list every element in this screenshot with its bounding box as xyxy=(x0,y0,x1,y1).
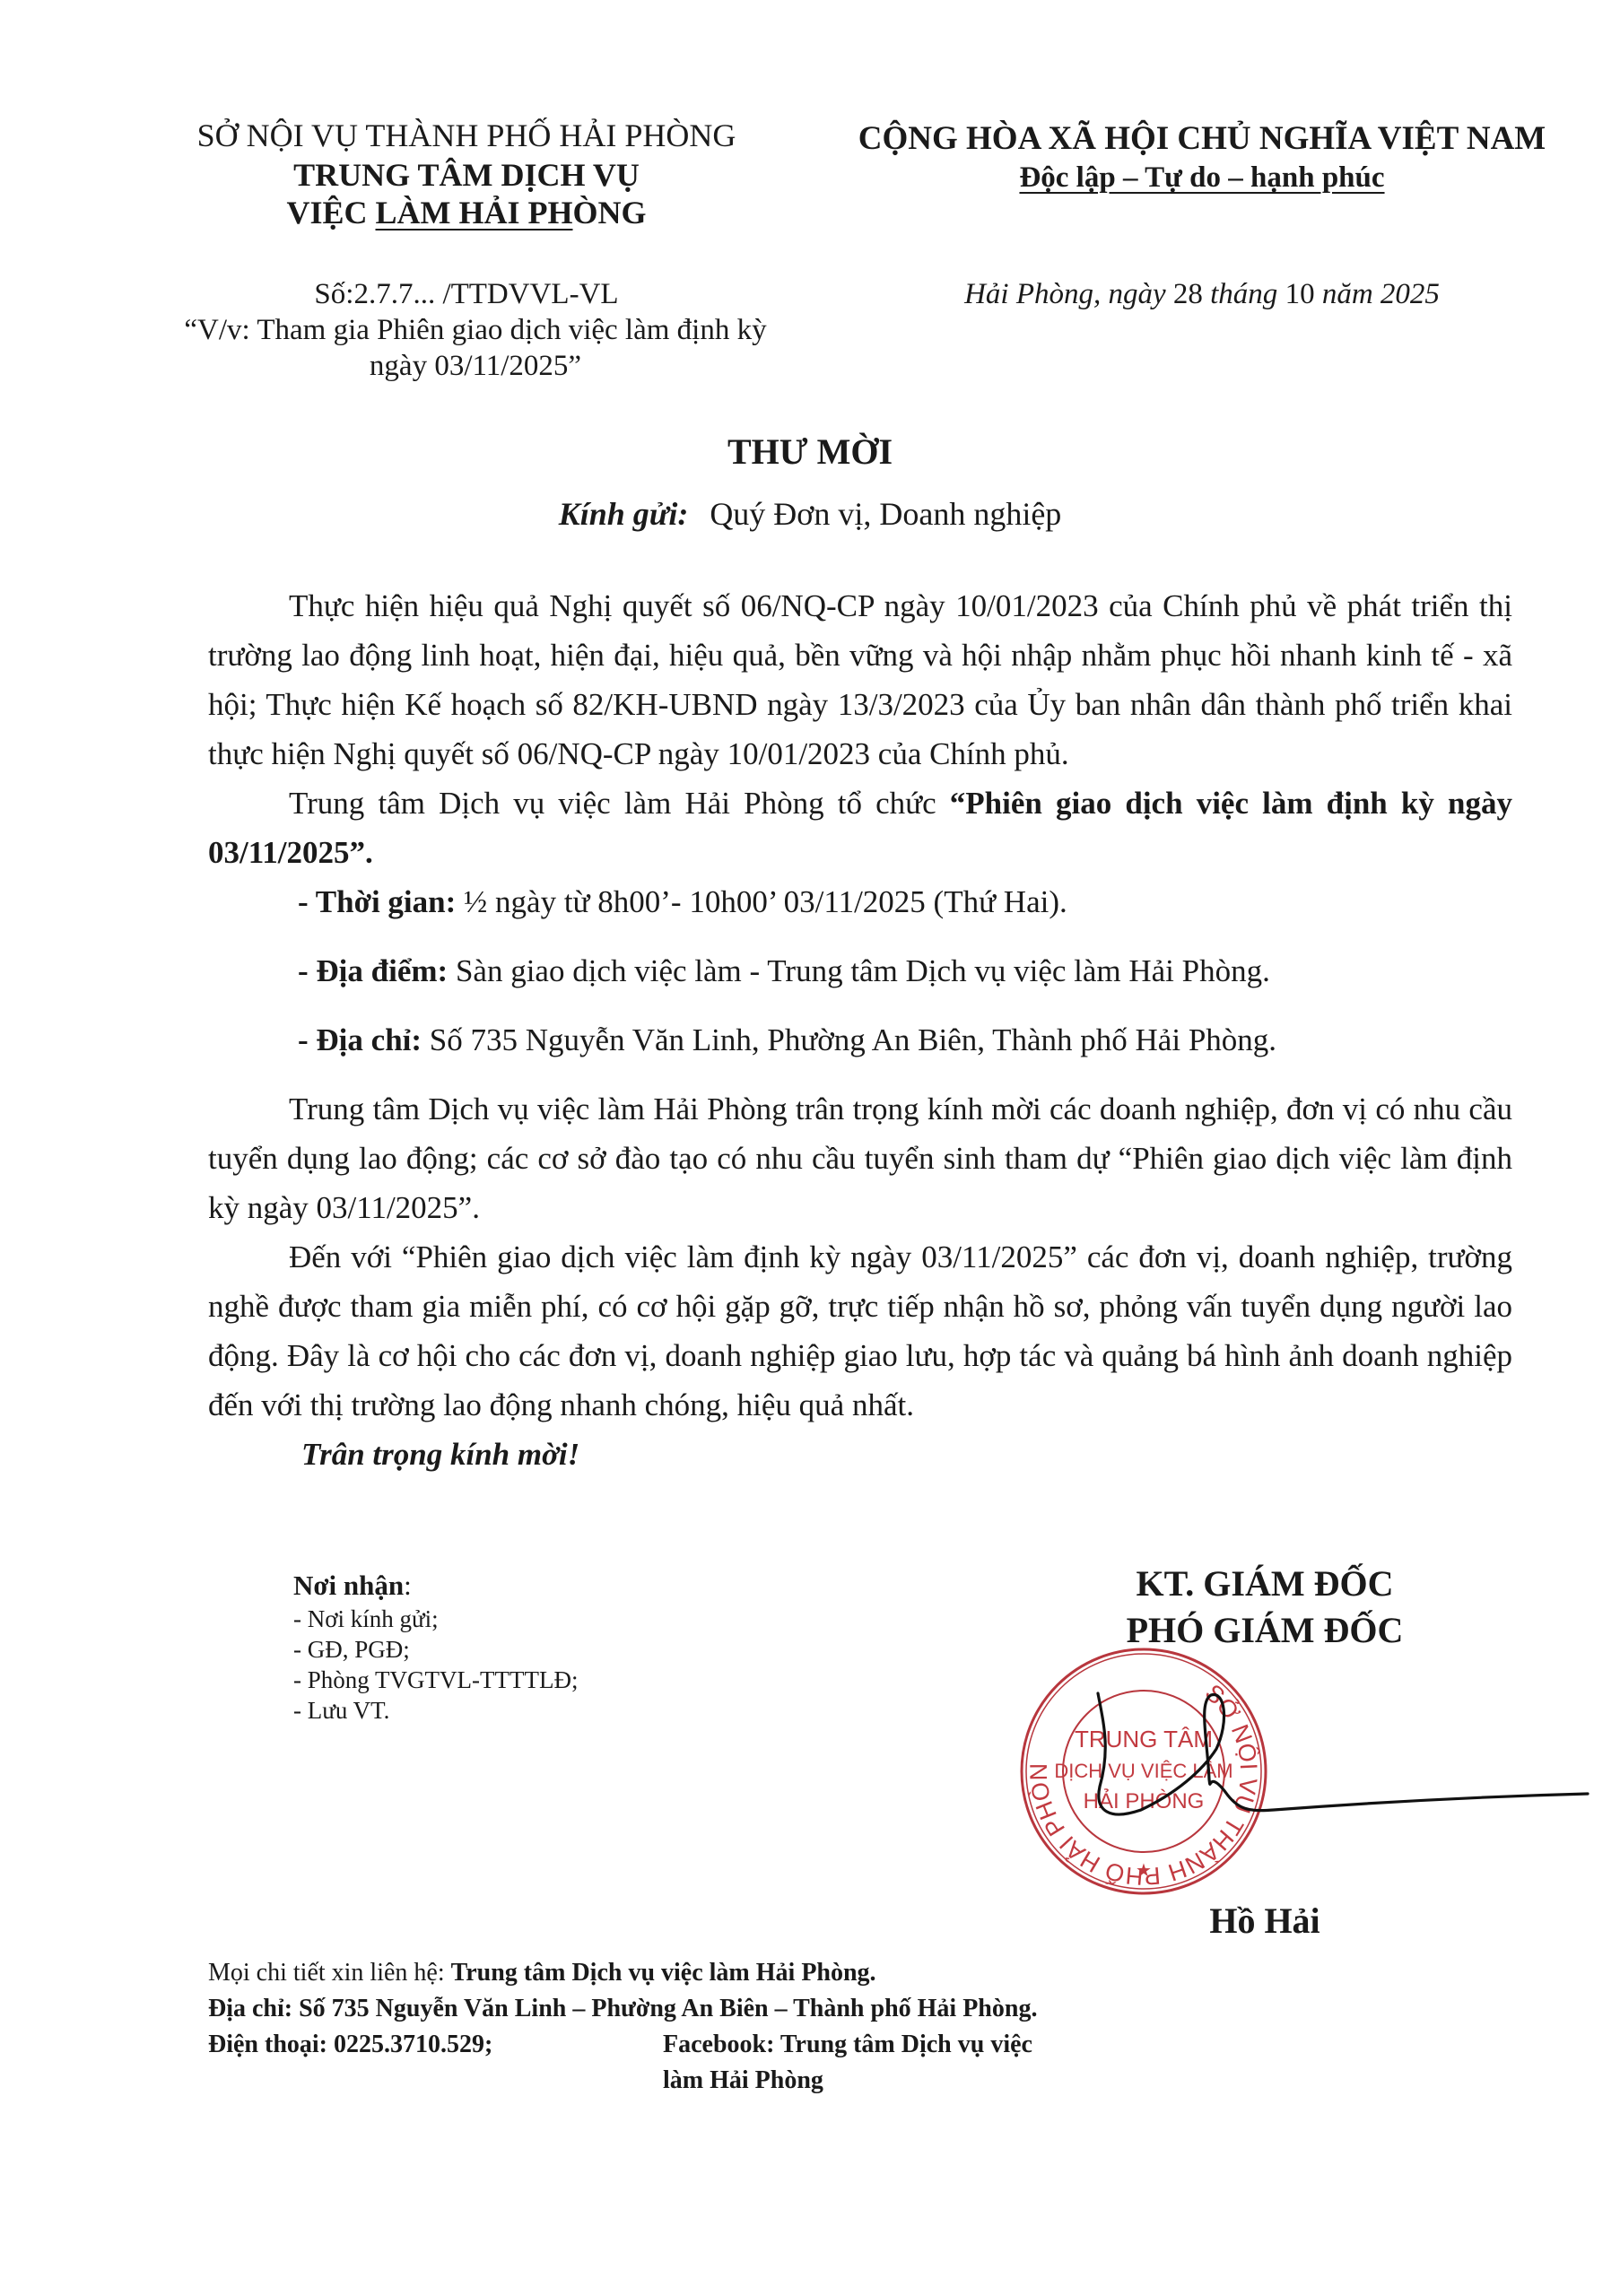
contact-facebook: Facebook: Trung tâm Dịch vụ việc làm Hải… xyxy=(663,2027,1037,2099)
detail-venue-value: Sàn giao dịch việc làm - Trung tâm Dịch … xyxy=(448,953,1270,988)
signer-name: Hồ Hải xyxy=(1041,1900,1489,1942)
distribution-heading: Nơi nhận: xyxy=(293,1568,578,1604)
contact-organization: Trung tâm Dịch vụ việc làm Hải Phòng. xyxy=(451,1959,876,1987)
signer-authority: KT. GIÁM ĐỐC xyxy=(1041,1561,1489,1607)
distribution-item: - Lưu VT. xyxy=(293,1695,578,1726)
contact-phone: Điện thoại: 0225.3710.529; xyxy=(208,2031,492,2058)
organization-name-line2: VIỆC LÀM HẢI PHÒNG xyxy=(161,194,771,231)
distribution-list: Nơi nhận: - Nơi kính gửi; - GĐ, PGĐ; - P… xyxy=(293,1568,578,1726)
recipient-label: Kính gửi: xyxy=(559,496,689,532)
recipient-line: Kính gửi:Quý Đơn vị, Doanh nghiệp xyxy=(0,495,1620,533)
date-month: 10 xyxy=(1285,278,1315,310)
paragraph-3: Trung tâm Dịch vụ việc làm Hải Phòng trâ… xyxy=(208,1084,1512,1232)
handwritten-signature-icon xyxy=(1058,1686,1597,1865)
recipient-value: Quý Đơn vị, Doanh nghiệp xyxy=(710,496,1061,532)
detail-time: - Thời gian: ½ ngày từ 8h00’- 10h00’ 03/… xyxy=(208,877,1512,926)
distribution-item: - GĐ, PGĐ; xyxy=(293,1634,578,1665)
paragraph-1: Thực hiện hiệu quả Nghị quyết số 06/NQ-C… xyxy=(208,581,1512,778)
national-title: CỘNG HÒA XÃ HỘI CHỦ NGHĨA VIỆT NAM xyxy=(843,118,1561,160)
paragraph-2: Trung tâm Dịch vụ việc làm Hải Phòng tổ … xyxy=(208,778,1512,877)
distribution-colon: : xyxy=(404,1570,412,1601)
subject-line-2: ngày 03/11/2025” xyxy=(161,348,789,384)
detail-address-label: - Địa chỉ: xyxy=(298,1022,422,1057)
parent-agency: SỞ NỘI VỤ THÀNH PHỐ HẢI PHÒNG xyxy=(161,115,771,156)
letter-body: Thực hiện hiệu quả Nghị quyết số 06/NQ-C… xyxy=(208,581,1512,1479)
paragraph-2-text: Trung tâm Dịch vụ việc làm Hải Phòng tổ … xyxy=(289,786,950,821)
detail-address-value: Số 735 Nguyễn Văn Linh, Phường An Biên, … xyxy=(422,1022,1276,1057)
date-month-label: tháng xyxy=(1203,278,1285,310)
document-subject: “V/v: Tham gia Phiên giao dịch việc làm … xyxy=(161,312,789,384)
distribution-heading-text: Nơi nhận xyxy=(293,1570,404,1601)
issue-date: Hải Phòng, ngày 28 tháng 10 năm 2025 xyxy=(843,274,1561,314)
contact-phone-facebook: Điện thoại: 0225.3710.529;Facebook: Trun… xyxy=(208,2027,1037,2063)
detail-address: - Địa chỉ: Số 735 Nguyễn Văn Linh, Phườn… xyxy=(208,1015,1512,1065)
detail-venue: - Địa điểm: Sàn giao dịch việc làm - Tru… xyxy=(208,946,1512,996)
subject-line-1: “V/v: Tham gia Phiên giao dịch việc làm … xyxy=(161,312,789,348)
closing-phrase: Trân trọng kính mời! xyxy=(208,1430,1512,1479)
distribution-item: - Phòng TVGTVL-TTTTLĐ; xyxy=(293,1665,578,1695)
org-line2-underlined: LÀM HẢI PH xyxy=(376,195,573,230)
paragraph-4: Đến với “Phiên giao dịch việc làm định k… xyxy=(208,1232,1512,1430)
signer-position: PHÓ GIÁM ĐỐC xyxy=(1041,1607,1489,1654)
detail-time-label: - Thời gian: xyxy=(298,884,456,919)
issuing-agency-header: SỞ NỘI VỤ THÀNH PHỐ HẢI PHÒNG TRUNG TÂM … xyxy=(161,115,771,231)
date-year: năm 2025 xyxy=(1315,278,1440,310)
org-line2-part-a: VIỆC xyxy=(286,195,375,230)
document-title: THƯ MỜI xyxy=(0,430,1620,473)
contact-address: Địa chỉ: Số 735 Nguyễn Văn Linh – Phường… xyxy=(208,1991,1037,2027)
org-line2-part-c: ÒNG xyxy=(573,195,647,230)
motto-text: Độc lập – Tự do – hạnh phúc xyxy=(1019,161,1384,194)
date-day: 28 xyxy=(1173,278,1203,310)
signer-title-block: KT. GIÁM ĐỐC PHÓ GIÁM ĐỐC xyxy=(1041,1561,1489,1654)
distribution-item: - Nơi kính gửi; xyxy=(293,1604,578,1634)
contact-footer: Mọi chi tiết xin liên hệ: Trung tâm Dịch… xyxy=(208,1955,1037,2063)
date-place: Hải Phòng, ngày xyxy=(964,278,1173,310)
document-number: Số:2.7.7... /TTDVVL-VL xyxy=(161,274,771,314)
contact-label: Mọi chi tiết xin liên hệ: xyxy=(208,1959,451,1987)
national-header: CỘNG HÒA XÃ HỘI CHỦ NGHĨA VIỆT NAM Độc l… xyxy=(843,118,1561,196)
contact-line: Mọi chi tiết xin liên hệ: Trung tâm Dịch… xyxy=(208,1955,1037,1991)
national-motto: Độc lập – Tự do – hạnh phúc xyxy=(843,160,1561,196)
organization-name-line1: TRUNG TÂM DỊCH VỤ xyxy=(161,156,771,194)
detail-time-value: ½ ngày từ 8h00’- 10h00’ 03/11/2025 (Thứ … xyxy=(456,884,1067,919)
detail-venue-label: - Địa điểm: xyxy=(298,953,448,988)
